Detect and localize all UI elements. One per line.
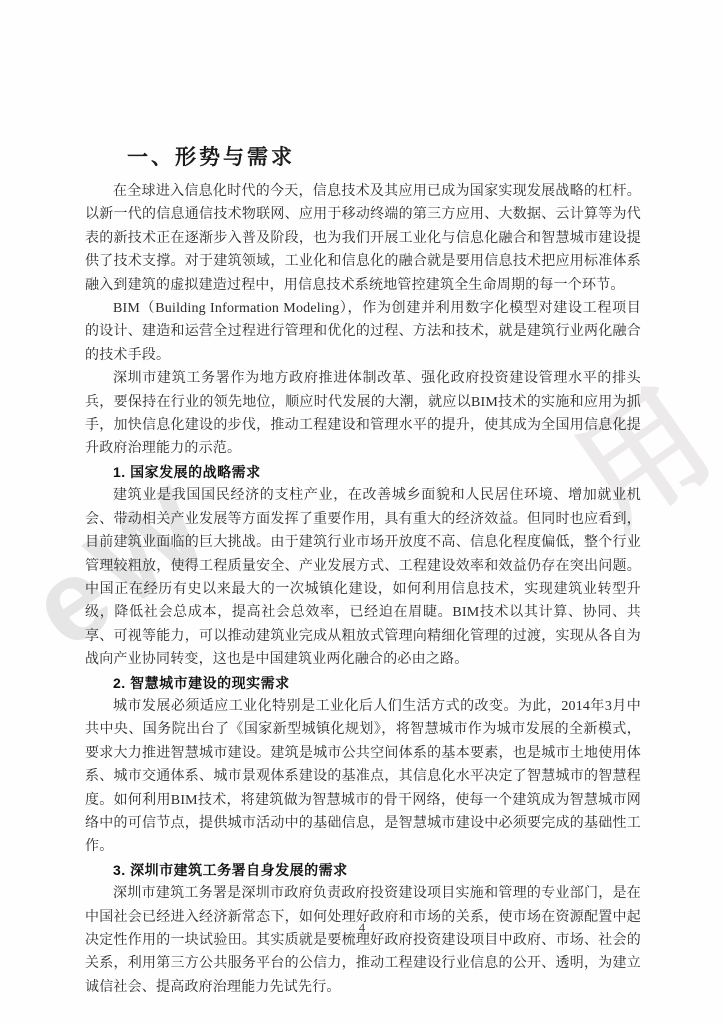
section-title: 一、形势与需求 bbox=[85, 144, 641, 170]
paragraph: 建筑业是我国国民经济的支柱产业，在改善城乡面貌和人民居住环境、增加就业机会、带动… bbox=[85, 484, 641, 671]
paragraph: 深圳市建筑工务署作为地方政府推进体制改革、强化政府投资建设管理水平的排头兵，要保… bbox=[85, 367, 641, 461]
paragraph: 城市发展必须适应工业化特别是工业化后人们生活方式的改变。为此，2014年3月中共… bbox=[85, 695, 641, 859]
paragraph: 在全球进入信息化时代的今天，信息技术及其应用已成为国家实现发展战略的杠杆。以新一… bbox=[85, 180, 641, 297]
paragraph: 深圳市建筑工务署是深圳市政府负责政府投资建设项目实施和管理的专业部门，是在中国社… bbox=[85, 882, 641, 999]
subsection-heading-3: 3. 深圳市建筑工务署自身发展的需求 bbox=[85, 859, 641, 882]
page-content: 一、形势与需求 在全球进入信息化时代的今天，信息技术及其应用已成为国家实现发展战… bbox=[85, 144, 641, 999]
subsection-heading-1: 1. 国家发展的战略需求 bbox=[85, 461, 641, 484]
page-number: 4 bbox=[0, 920, 724, 936]
subsection-heading-2: 2. 智慧城市建设的现实需求 bbox=[85, 672, 641, 695]
document-page: eW 用 一、形势与需求 在全球进入信息化时代的今天，信息技术及其应用已成为国家… bbox=[0, 0, 724, 1024]
paragraph: BIM（Building Information Modeling），作为创建并… bbox=[85, 297, 641, 367]
